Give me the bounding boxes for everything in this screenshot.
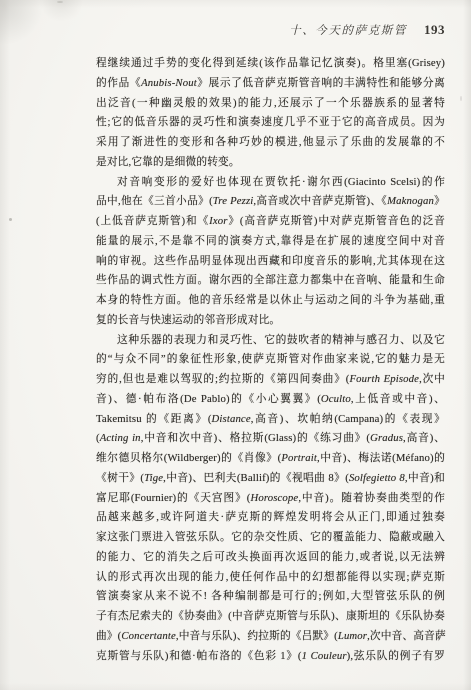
text-run: 响的审视。这些作品明显体现出西藏和印度音乐的影响,尤其体现在这 bbox=[96, 255, 445, 267]
text-run: 《树干》( bbox=[96, 472, 144, 484]
text-run: 品越来越多,或许阿道夫·萨克斯的辉煌发明将会从正门,即通过独奏 bbox=[96, 511, 445, 523]
text-run: 是对比,它靠的是细微的转变。 bbox=[96, 156, 240, 168]
text-run: ,上低音或中音)、 bbox=[351, 393, 445, 405]
work-title-latin: Tige bbox=[144, 472, 163, 484]
text-line: 曲》(Concertante,中音与乐队)、约拉斯的《吕默》(Lumor,次中音… bbox=[96, 627, 445, 647]
text-run: 富尼耶(Fournier)的《天宫图》( bbox=[96, 492, 250, 504]
text-line: 品越来越多,或许阿道夫·萨克斯的辉煌发明将会从正门,即通过独奏 bbox=[96, 508, 445, 528]
text-line: 品中,他在《三首小品》(Tre Pezzi,高音或次中音萨克斯管)、《Makno… bbox=[96, 192, 445, 212]
text-line: (上低音萨克斯管)和《Ixor》(高音萨克斯管)中对萨克斯管音色的泛音 bbox=[96, 212, 445, 232]
text-run: 采用了渐进性的变形和各种巧妙的模进,他显示了乐曲的发展靠的不 bbox=[96, 136, 445, 148]
text-run: 认的形式再次出现的能力,使任何作品中的幻想都能得以实现;萨克斯 bbox=[96, 571, 445, 583]
text-run: 穷的,但也是难以驾驭的;约拉斯的《第四间奏曲》( bbox=[96, 373, 349, 385]
text-line: 对音响变形的爱好也体现在贾钦托·谢尔西(Giacinto Scelsi)的作 bbox=[96, 173, 445, 193]
text-run: 》(高音萨克斯管)中对萨克斯管音色的泛音 bbox=[228, 215, 445, 227]
work-title-latin: Acting in bbox=[100, 432, 141, 444]
text-run: ,中音)。随着协奏曲类型的作 bbox=[298, 492, 445, 504]
text-line: (Acting in,中音和次中音)、格拉斯(Glass)的《练习曲》(Grad… bbox=[96, 429, 445, 449]
scan-speck bbox=[9, 218, 12, 221]
text-line: 这种乐器的表现力和灵巧性、它的鼓吹者的精神与感召力、以及它 bbox=[96, 331, 445, 351]
text-line: 穷的,但也是难以驾驭的;约拉斯的《第四间奏曲》(Fourth Episode,次… bbox=[96, 370, 445, 390]
text-run: ,中音)、巴利夫(Ballif)的《视唱曲 8》( bbox=[163, 472, 349, 484]
work-title-latin: Oculto bbox=[321, 393, 351, 405]
text-run: ,中音)、梅法诺(Méfano)的 bbox=[317, 452, 445, 464]
text-run: 能量的展示,不是靠不同的演奏方式,靠得是在扩展的速度空间中对音 bbox=[96, 235, 445, 247]
text-line: 认的形式再次出现的能力,使任何作品中的幻想都能得以实现;萨克斯 bbox=[96, 568, 445, 588]
work-title-latin: Distance bbox=[212, 413, 251, 425]
body-text: 程继续通过手势的变化得到延续(该作品靠记忆演奏)。格里塞(Grisey)的作品《… bbox=[96, 54, 445, 666]
text-run: 家这张门票进入管弦乐队。它的杂交性质、它的覆盖能力、隐蔽或融入 bbox=[96, 531, 445, 543]
text-run: 性;它的低音乐器的灵巧性和演奏速度几乎不亚于它的高音成员。因为 bbox=[96, 116, 445, 128]
text-line: 本身的特性方面。他的音乐经常是以休止与运动之间的斗争为基础,重 bbox=[96, 291, 445, 311]
work-title-latin: Lumor bbox=[338, 630, 367, 642]
text-run: 复的长音与快速运动的邻音形成对比。 bbox=[96, 314, 280, 326]
work-title-latin: Horoscope bbox=[250, 492, 298, 504]
text-line: 子有杰尼索夫的《协奏曲》(中音萨克斯管与乐队)、康斯坦的《乐队协奏 bbox=[96, 607, 445, 627]
work-title-latin: Concertante bbox=[121, 630, 175, 642]
work-title-latin: Maknogan bbox=[387, 195, 434, 207]
work-title-latin: Anubis-Nout bbox=[141, 77, 197, 89]
text-run: ,高音或次中音萨克斯管)、《 bbox=[253, 195, 387, 207]
text-run: ,中音与乐队)、约拉斯的《吕默》( bbox=[176, 630, 338, 642]
text-run: ,次中 bbox=[419, 373, 445, 385]
running-head: 十、今天的萨克斯管 193 bbox=[96, 21, 445, 39]
text-run: 子有杰尼索夫的《协奏曲》(中音萨克斯管与乐队)、康斯坦的《乐队协奏 bbox=[96, 610, 445, 622]
page-number: 193 bbox=[424, 22, 445, 37]
text-run: 出泛音(一种幽灵般的效果)的能力,还展示了一个乐器族系的显著特 bbox=[96, 97, 445, 109]
text-run: 本身的特性方面。他的音乐经常是以休止与运动之间的斗争为基础,重 bbox=[96, 294, 445, 306]
text-line: 管演奏家从来不说不! 各种编制都是可行的;例如,大型管弦乐队的例 bbox=[96, 587, 445, 607]
text-line: 复的长音与快速运动的邻音形成对比。 bbox=[96, 311, 445, 331]
text-run: ,高音)、 bbox=[403, 432, 445, 444]
work-title-latin: Ixor bbox=[209, 215, 227, 227]
text-line: 富尼耶(Fournier)的《天宫图》(Horoscope,中音)。随着协奏曲类… bbox=[96, 489, 445, 509]
text-line: 克斯管与乐队)和德·帕布洛的《色彩 1》(1 Couleur),弦乐队的例子有罗 bbox=[96, 647, 445, 667]
text-line: 出泛音(一种幽灵般的效果)的能力,还展示了一个乐器族系的显著特 bbox=[96, 94, 445, 114]
text-run: (上低音萨克斯管)和《 bbox=[96, 215, 209, 227]
work-title-latin: Portrait bbox=[281, 452, 317, 464]
scan-speck bbox=[460, 96, 462, 101]
book-page: 十、今天的萨克斯管 193 程继续通过手势的变化得到延续(该作品靠记忆演奏)。格… bbox=[0, 0, 471, 690]
text-run: ,中音和次中音)、格拉斯(Glass)的《练习曲》( bbox=[141, 432, 370, 444]
text-line: 性;它的低音乐器的灵巧性和演奏速度几乎不亚于它的高音成员。因为 bbox=[96, 113, 445, 133]
text-run: 些作品的调式性方面。谢尔西的全部注意力都集中在音响、能量和生命 bbox=[96, 274, 445, 286]
work-title-latin: Gradus bbox=[370, 432, 403, 444]
text-line: 《树干》(Tige,中音)、巴利夫(Ballif)的《视唱曲 8》(Solfeg… bbox=[96, 469, 445, 489]
text-run: 》展示了低音萨克斯管音响的丰满特性和能够分离 bbox=[197, 77, 445, 89]
text-run: ,中音)和 bbox=[405, 472, 445, 484]
text-run: 音)、德·帕布洛(De Pablo)的《小心翼翼》( bbox=[96, 393, 321, 405]
text-line: 响的审视。这些作品明显体现出西藏和印度音乐的影响,尤其体现在这 bbox=[96, 252, 445, 272]
text-line: 维尔德贝格尔(Wildberger)的《肖像》(Portrait,中音)、梅法诺… bbox=[96, 449, 445, 469]
running-head-chapter-title: 十、今天的萨克斯管 bbox=[289, 25, 407, 37]
text-line: 音)、德·帕布洛(De Pablo)的《小心翼翼》(Oculto,上低音或中音)… bbox=[96, 390, 445, 410]
text-run: 程继续通过手势的变化得到延续(该作品靠记忆演奏)。格里塞(Grisey) bbox=[96, 57, 445, 69]
text-run: 管演奏家从来不说不! 各种编制都是可行的;例如,大型管弦乐队的例 bbox=[96, 590, 445, 602]
text-line: 家这张门票进入管弦乐队。它的杂交性质、它的覆盖能力、隐蔽或融入 bbox=[96, 528, 445, 548]
scan-speck bbox=[57, 1, 63, 3]
work-title-latin: Tre Pezzi bbox=[213, 195, 254, 207]
text-line: 些作品的调式性方面。谢尔西的全部注意力都集中在音响、能量和生命 bbox=[96, 271, 445, 291]
work-title-latin: Fourth Episode bbox=[349, 373, 419, 385]
text-line: 的作品《Anubis-Nout》展示了低音萨克斯管音响的丰满特性和能够分离 bbox=[96, 74, 445, 94]
text-run: 曲》( bbox=[96, 630, 121, 642]
text-run: 对音响变形的爱好也体现在贾钦托·谢尔西(Giacinto Scelsi)的作 bbox=[117, 176, 445, 188]
text-line: 程继续通过手势的变化得到延续(该作品靠记忆演奏)。格里塞(Grisey) bbox=[96, 54, 445, 74]
text-run: Takemitsu 的《距离》( bbox=[96, 413, 212, 425]
text-run: ),弦乐队的例子有罗 bbox=[347, 650, 445, 662]
text-line: 的能力、它的消失之后可改头换面再次返回的能力,或者说,以无法辨 bbox=[96, 548, 445, 568]
text-run: 》 bbox=[434, 195, 445, 207]
text-run: ,高音)、坎帕纳(Campana)的《表现》 bbox=[251, 413, 445, 425]
text-run: 品中,他在《三首小品》( bbox=[96, 195, 213, 207]
text-run: 这种乐器的表现力和灵巧性、它的鼓吹者的精神与感召力、以及它 bbox=[117, 334, 445, 346]
text-run: ,次中音、高音萨 bbox=[367, 630, 446, 642]
text-run: 的能力、它的消失之后可改头换面再次返回的能力,或者说,以无法辨 bbox=[96, 551, 445, 563]
text-run: 的作品《 bbox=[96, 77, 141, 89]
work-title-latin: Solfegietto 8 bbox=[349, 472, 405, 484]
text-line: 采用了渐进性的变形和各种巧妙的模进,他显示了乐曲的发展靠的不 bbox=[96, 133, 445, 153]
text-line: 能量的展示,不是靠不同的演奏方式,靠得是在扩展的速度空间中对音 bbox=[96, 232, 445, 252]
text-line: 的“与众不同”的象征性形象,使萨克斯管对作曲家来说,它的魅力是无 bbox=[96, 350, 445, 370]
text-run: 的“与众不同”的象征性形象,使萨克斯管对作曲家来说,它的魅力是无 bbox=[96, 353, 445, 365]
text-line: Takemitsu 的《距离》(Distance,高音)、坎帕纳(Campana… bbox=[96, 410, 445, 430]
work-title-latin: 1 Couleur bbox=[302, 650, 347, 662]
text-run: 维尔德贝格尔(Wildberger)的《肖像》( bbox=[96, 452, 281, 464]
text-run: 克斯管与乐队)和德·帕布洛的《色彩 1》( bbox=[96, 650, 302, 662]
text-line: 是对比,它靠的是细微的转变。 bbox=[96, 153, 445, 173]
